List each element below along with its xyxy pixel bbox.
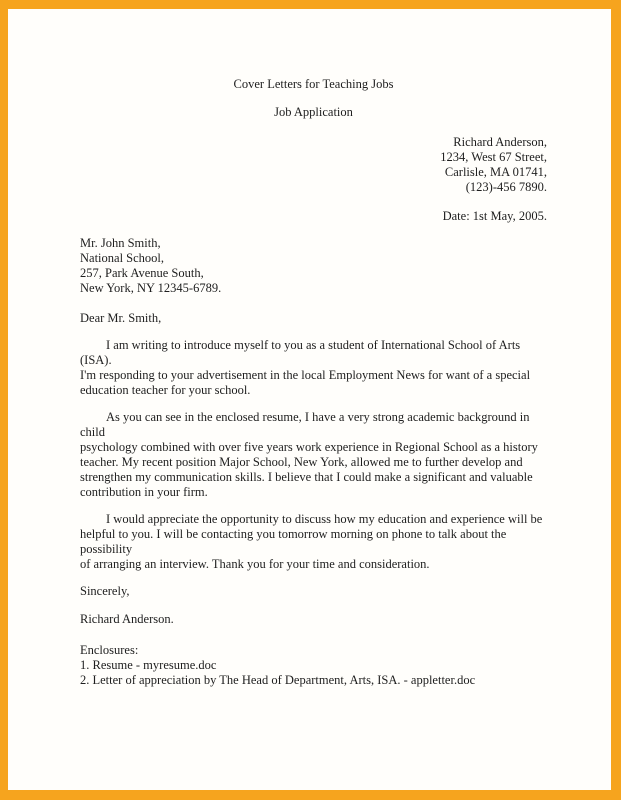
enclosures-label: Enclosures: bbox=[80, 643, 547, 658]
letter-subtitle: Job Application bbox=[80, 105, 547, 120]
date-line: Date: 1st May, 2005. bbox=[80, 209, 547, 224]
sender-address: Richard Anderson, 1234, West 67 Street, … bbox=[80, 135, 547, 195]
page-frame: Cover Letters for Teaching Jobs Job Appl… bbox=[0, 0, 621, 800]
body-paragraph-1: I am writing to introduce myself to you … bbox=[80, 338, 547, 398]
closing: Sincerely, bbox=[80, 584, 547, 599]
letter-document: Cover Letters for Teaching Jobs Job Appl… bbox=[8, 9, 611, 688]
body-paragraph-3: I would appreciate the opportunity to di… bbox=[80, 512, 547, 572]
enclosure-item-1: 1. Resume - myresume.doc bbox=[80, 658, 547, 673]
recipient-address: Mr. John Smith, National School, 257, Pa… bbox=[80, 236, 547, 296]
enclosure-item-2: 2. Letter of appreciation by The Head of… bbox=[80, 673, 547, 688]
body-paragraph-2: As you can see in the enclosed resume, I… bbox=[80, 410, 547, 500]
letter-title: Cover Letters for Teaching Jobs bbox=[80, 77, 547, 92]
salutation: Dear Mr. Smith, bbox=[80, 311, 547, 326]
signature: Richard Anderson. bbox=[80, 612, 547, 627]
